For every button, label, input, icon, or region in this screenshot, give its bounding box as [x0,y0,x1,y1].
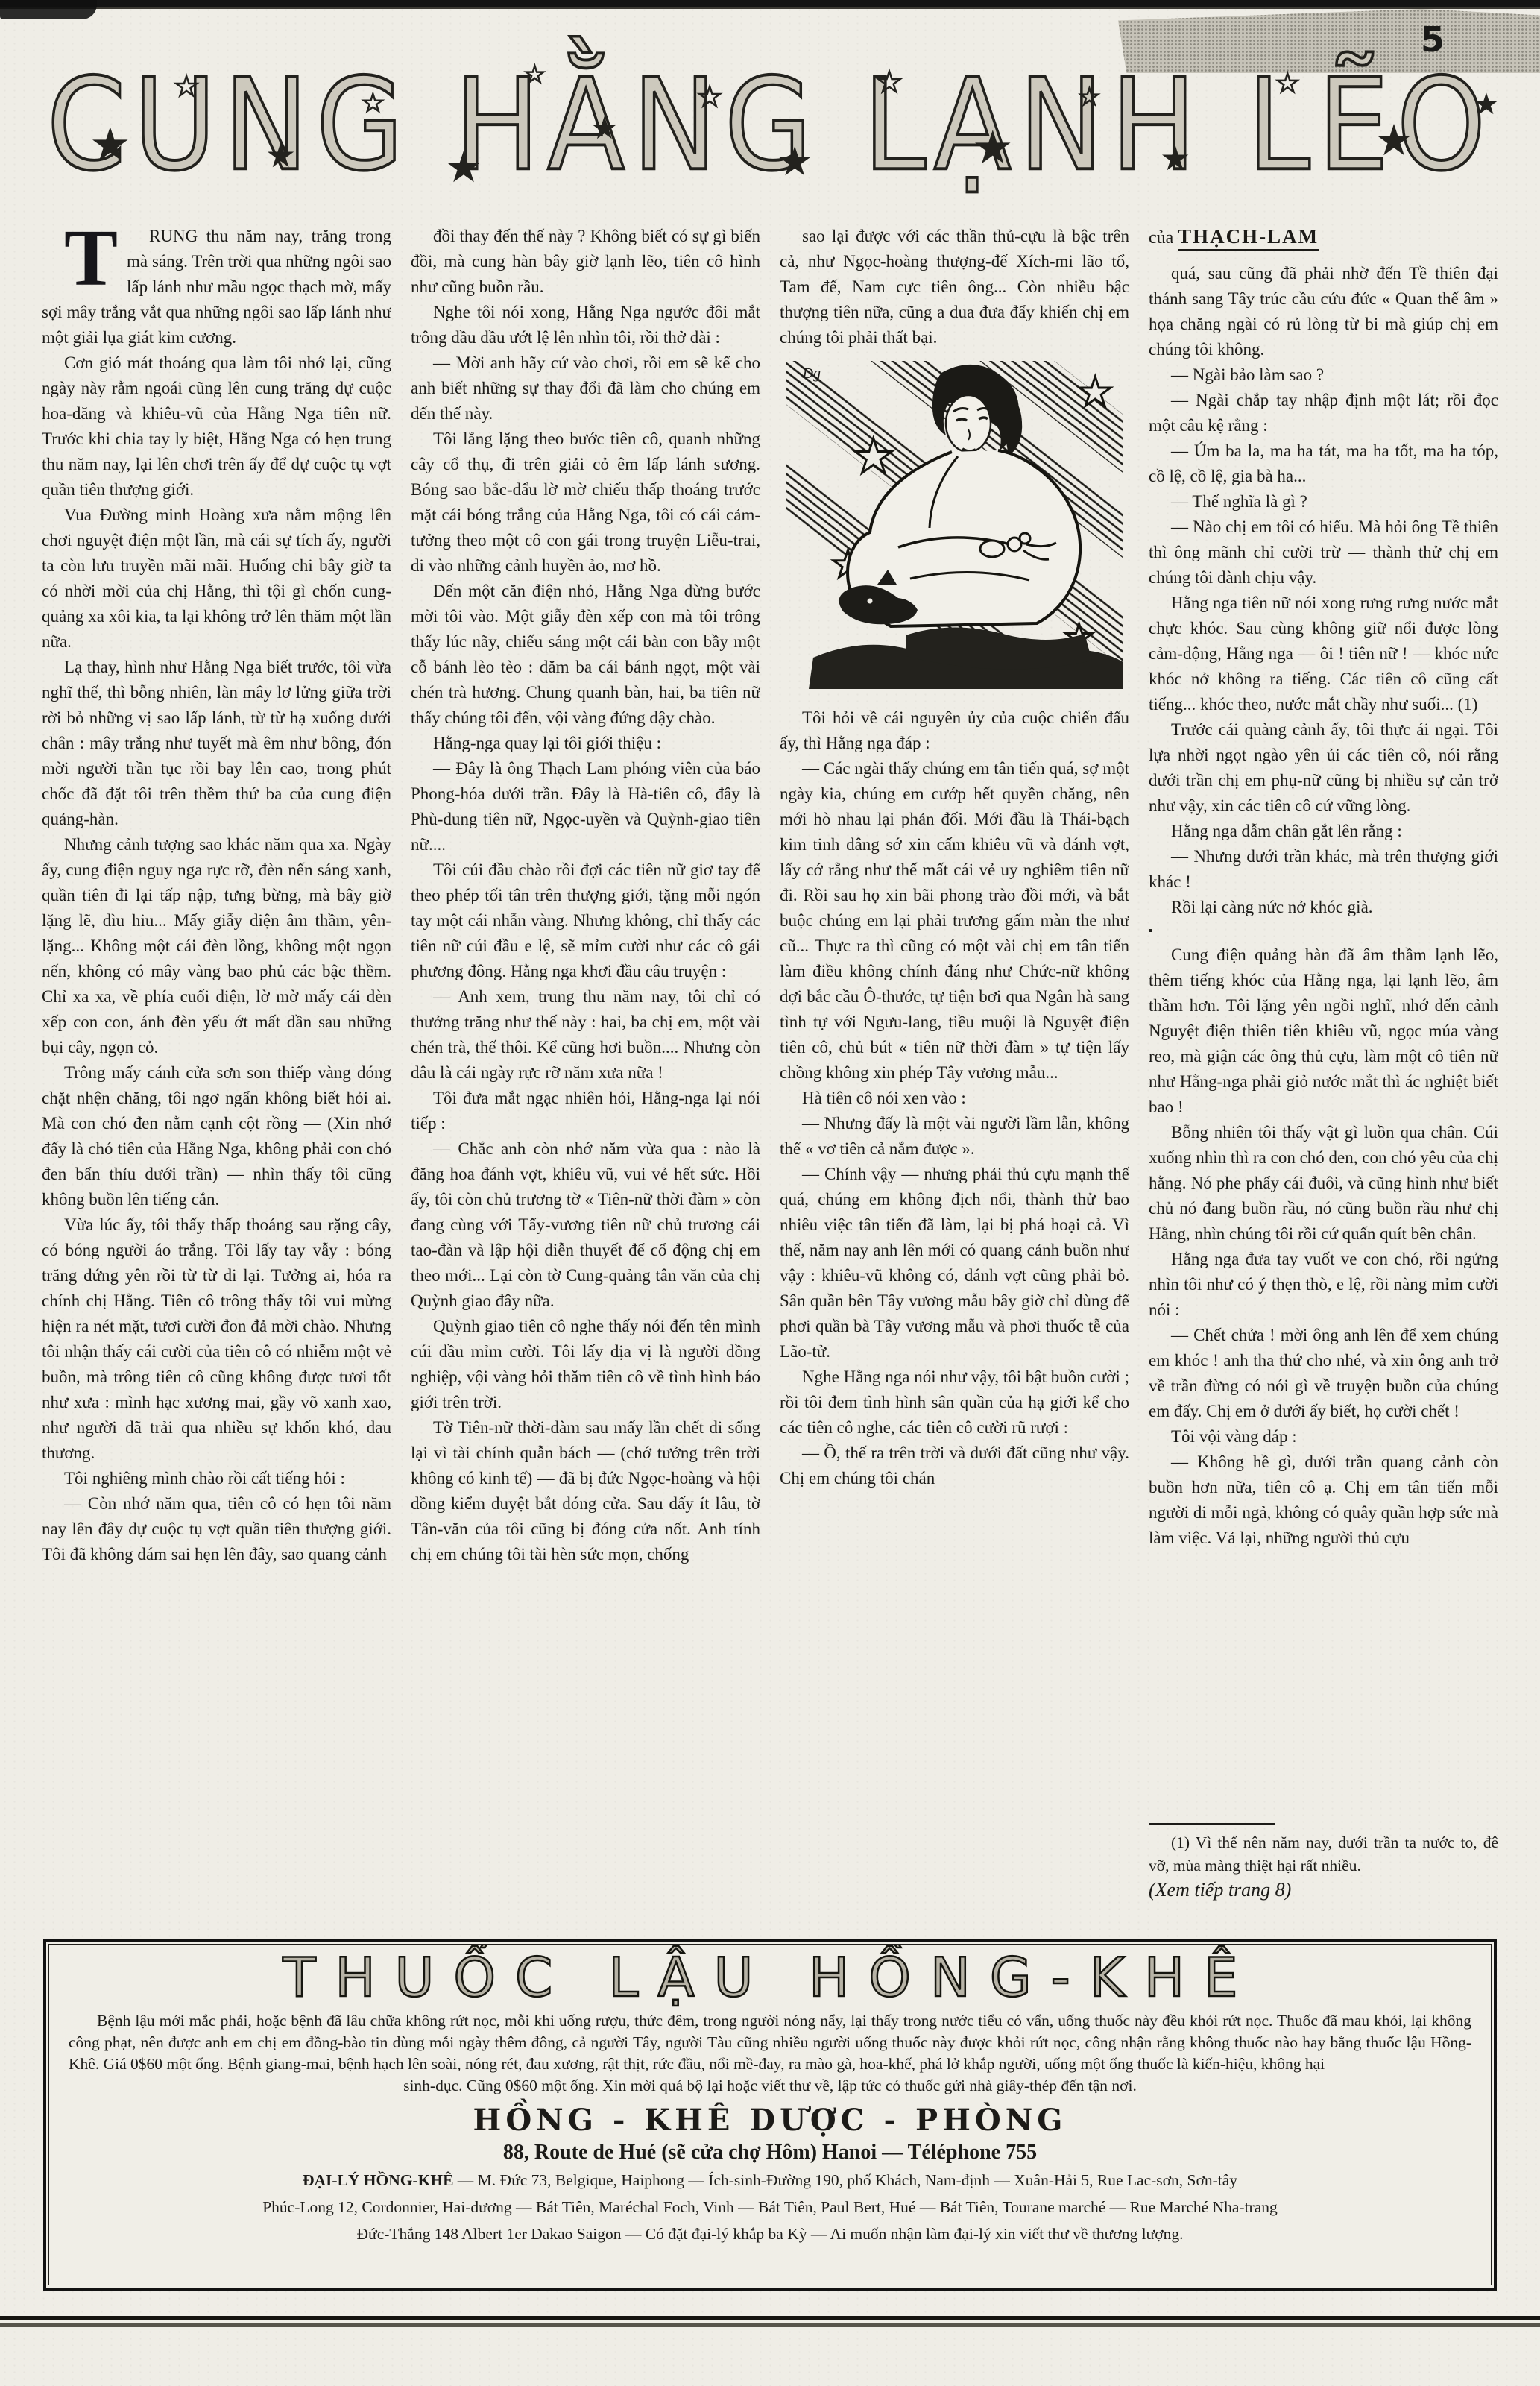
ad-body: Bệnh lậu mới mắc phải, hoặc bệnh đã lâu … [69,2010,1471,2075]
star-icon: ★ [698,84,722,110]
paragraph: — Mời anh hãy cứ vào chơi, rồi em sẽ kể … [411,350,760,426]
paragraph: Tôi hỏi về cái nguyên ủy của cuộc chiến … [780,705,1129,756]
masthead: CUNG HẰNG LẠNH LẼO ★ ★ ★ ★ ★ ★ ★ ★ ★ ★ ★… [42,51,1498,204]
paragraph: Tôi cúi đầu chào rồi đợi các tiên nữ giơ… [411,857,760,984]
paragraph: sao lại được với các thần thủ-cựu là bậc… [780,224,1129,350]
paragraph: Hằng nga tiên nữ nói xong rưng rưng nước… [1149,591,1498,717]
paragraph: — Đây là ông Thạch Lam phóng viên của bá… [411,756,760,857]
ad-agents-rest: M. Đức 73, Belgique, Haiphong — Ích-sinh… [478,2171,1237,2189]
paragraph: — Chết chửa ! mời ông anh lên để xem chú… [1149,1323,1498,1424]
paragraph: Nghe tôi nói xong, Hằng Nga ngước đôi mắ… [411,300,760,350]
paragraph: Lạ thay, hình như Hằng Nga biết trước, t… [42,655,391,832]
star-icon: ★ [1375,119,1413,163]
paragraph: — Thế nghĩa là gì ? [1149,489,1498,514]
paragraph: Tôi đưa mắt ngạc nhiên hỏi, Hằng-nga lại… [411,1086,760,1136]
byline-prefix: của [1149,228,1173,248]
star-icon: ★ [1079,86,1099,109]
paragraph: Hằng-nga quay lại tôi giới thiệu : [411,731,760,756]
column-4-text: của THẠCH-LAM quá, sau cũng đã phải nhờ … [1149,224,1498,1816]
paragraph: Hà tiên cô nói xen vào : [780,1086,1129,1111]
paragraph: Bỗng nhiên tôi thấy vật gì luồn qua chân… [1149,1120,1498,1247]
svg-text:★: ★ [1077,368,1113,415]
star-icon: ★ [1473,89,1500,119]
paragraph: Hằng nga đưa tay vuốt ve con chó, rồi ng… [1149,1247,1498,1323]
star-icon: ★ [590,113,619,145]
star-icon: ★ [877,69,902,97]
paragraph: đồi thay đến thế này ? Không biết có sự … [411,224,760,300]
footnote-rule [1149,1823,1275,1825]
paragraph: — Nào chị em tôi có hiểu. Mà hỏi ông Tề … [1149,514,1498,591]
svg-text:★: ★ [852,429,894,485]
story-title: CUNG HẰNG LẠNH LẼO [42,42,1498,209]
footnote-text: (1) Vì thế nên năm nay, dưới trần ta nướ… [1149,1831,1498,1877]
star-icon: ★ [444,146,483,189]
ad-pharmacy-name: HỒNG - KHÊ DƯỢC - PHÒNG [69,2103,1471,2138]
paragraph: Cung điện quảng hàn đã âm thầm lạnh lẽo,… [1149,942,1498,1120]
dropcap: T [42,224,127,289]
star-icon: ★ [777,142,812,182]
illustrator-signature: Dg [803,361,821,386]
paragraph: — Ồ, thế ra trên trời và dưới đất cũng n… [780,1441,1129,1491]
hang-nga-illustration: ★ ★ ★ ★ ★ [780,361,1129,696]
paragraph: Đến một căn điện nhỏ, Hằng Nga dừng bước… [411,579,760,731]
star-icon: ★ [89,122,131,169]
paragraph: Cơn gió mát thoáng qua làm tôi nhớ lại, … [42,350,391,503]
paragraph: Hằng nga dẫm chân gắt lên rằng : [1149,819,1498,844]
star-icon: ★ [972,125,1014,171]
paragraph: — Ngài bảo làm sao ? [1149,362,1498,388]
newspaper-page: { "page": { "number": "5" }, "masthead":… [0,0,1540,2386]
star-icon: ★ [1160,142,1190,176]
section-break-ornament: ▪ [1149,920,1498,942]
ad-agents-line-3: Đức-Thắng 148 Albert 1er Dakao Saigon — … [69,2223,1471,2245]
star-icon: ★ [174,73,198,100]
paragraph: — Chắc anh còn nhớ năm vừa qua : nào là … [411,1136,760,1314]
paragraph: Vua Đường minh Hoàng xưa nằm mộng lên ch… [42,503,391,655]
paragraph: — Chính vậy — nhưng phải thủ cựu mạnh th… [780,1162,1129,1364]
star-icon: ★ [362,91,384,115]
paragraph: Vừa lúc ấy, tôi thấy thấp thoáng sau rặn… [42,1212,391,1466]
paragraph: Rồi lại càng nức nở khóc già. [1149,895,1498,920]
advertisement-inner-frame: THUỐC LẬU HỒNG-KHÊ Bệnh lậu mới mắc phải… [48,1944,1492,2285]
paragraph: Nghe Hằng nga nói như vậy, tôi bật buồn … [780,1364,1129,1441]
column-2: đồi thay đến thế này ? Không biết có sự … [411,224,760,1903]
byline: của THẠCH-LAM [1149,224,1498,251]
continuation-notice: (Xem tiếp trang 8) [1149,1877,1498,1903]
paragraph: — Còn nhớ năm qua, tiên cô có hẹn tôi nă… [42,1491,391,1567]
paragraph: — Không hề gì, dưới trần quang cảnh còn … [1149,1449,1498,1551]
ad-body-end: sinh-dục. Cũng 0$60 một ống. Xin mời quá… [69,2075,1471,2097]
ad-agents-lead: ĐẠI-LÝ HỒNG-KHÊ — [303,2171,478,2189]
ad-agents-line-1: ĐẠI-LÝ HỒNG-KHÊ — M. Đức 73, Belgique, H… [69,2169,1471,2191]
paragraph: — Các ngài thấy chúng em tân tiến quá, s… [780,756,1129,1086]
ad-title: THUỐC LẬU HỒNG-KHÊ [69,1948,1471,2007]
paragraph: Trước cái quàng cảnh ấy, tôi thực ái ngạ… [1149,717,1498,819]
paragraph: Trông mấy cánh cửa sơn son thiếp vàng đó… [42,1060,391,1212]
star-icon: ★ [265,139,296,173]
footnote-block: (1) Vì thế nên năm nay, dưới trần ta nướ… [1149,1816,1498,1903]
paragraph: — Úm ba la, ma ha tát, ma ha tốt, ma ha … [1149,438,1498,489]
column-4: của THẠCH-LAM quá, sau cũng đã phải nhờ … [1149,224,1498,1903]
author-name: THẠCH-LAM [1178,225,1319,251]
star-icon: ★ [525,64,545,86]
paragraph: Tôi lẳng lặng theo bước tiên cô, quanh n… [411,426,760,579]
ad-address: 88, Route de Hué (sẽ cửa chợ Hôm) Hanoi … [69,2141,1471,2165]
paragraph: Nhưng cảnh tượng sao khác năm qua xa. Ng… [42,832,391,1060]
paragraph: TRUNG thu năm nay, trăng trong mà sáng. … [42,224,391,350]
paragraph: — Nhưng dưới trần khác, mà trên thượng g… [1149,844,1498,895]
ad-agents-line-2: Phúc-Long 12, Cordonnier, Hai-dương — Bá… [69,2196,1471,2218]
paragraph: — Anh xem, trung thu năm nay, tôi chỉ có… [411,984,760,1086]
paragraph: — Ngài chắp tay nhập định một lát; rồi đ… [1149,388,1498,438]
bottom-page-rule [0,2316,1540,2329]
column-1: TRUNG thu năm nay, trăng trong mà sáng. … [42,224,391,1903]
story-columns: TRUNG thu năm nay, trăng trong mà sáng. … [42,224,1498,1903]
scan-smudge [0,0,97,19]
star-icon: ★ [1276,72,1298,97]
page-top-rule [0,0,1540,9]
paragraph: Tôi vội vàng đáp : [1149,1424,1498,1449]
paragraph: — Nhưng đấy là một vài người lầm lẫn, kh… [780,1111,1129,1162]
advertisement: THUỐC LẬU HỒNG-KHÊ Bệnh lậu mới mắc phải… [43,1939,1497,2291]
paragraph: Tờ Tiên-nữ thời-đàm sau mấy lần chết đi … [411,1415,760,1567]
paragraph: Quỳnh giao tiên cô nghe thấy nói đến tên… [411,1314,760,1415]
paragraph: Tôi nghiêng mình chào rồi cất tiếng hỏi … [42,1466,391,1491]
column-3: sao lại được với các thần thủ-cựu là bậc… [780,224,1129,1903]
paragraph: quá, sau cũng đã phải nhờ đến Tề thiên đ… [1149,261,1498,362]
